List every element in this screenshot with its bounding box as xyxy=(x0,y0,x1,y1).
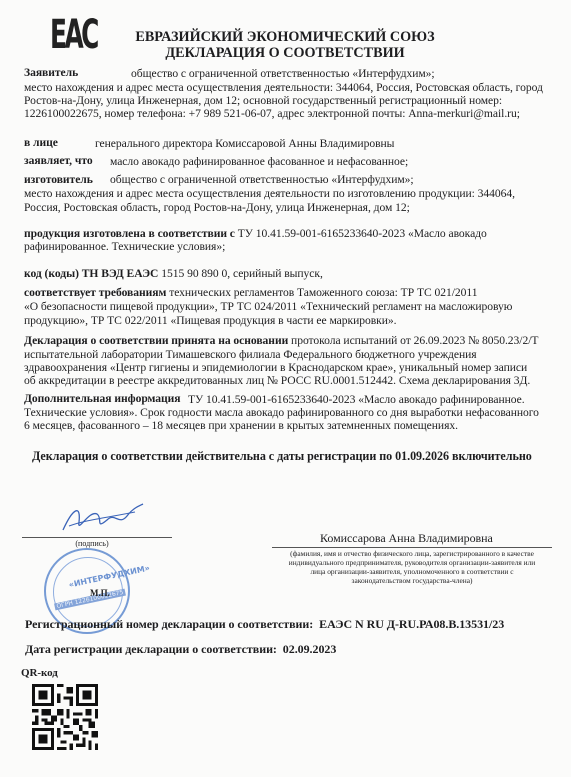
hs-code-row: код (коды) ТН ВЭД ЕАЭС 1515 90 890 0, се… xyxy=(24,267,323,281)
complies-line: «О безопасности пищевой продукции», ТР Т… xyxy=(24,300,512,314)
registration-date-value: 02.09.2023 xyxy=(283,642,337,656)
signer-caption-line: (фамилия, имя и отчество физического лиц… xyxy=(262,549,562,558)
basis-line: об аккредитации в реестре аккредитованны… xyxy=(24,374,530,388)
applicant-line: место нахождения и адрес места осуществл… xyxy=(24,81,543,95)
signer-caption-line: законодательством государства-члена) xyxy=(262,576,562,585)
basis-line: здравоохранения «Центр гигиены и эпидеми… xyxy=(24,361,527,375)
basis-row: Декларация о соответствии принята на осн… xyxy=(24,334,538,348)
represented-by-label: в лице xyxy=(24,136,58,150)
declares-label: заявляет, что xyxy=(24,154,93,168)
applicant-row: Заявитель xyxy=(24,66,78,80)
signer-caption-line: лица организации-заявителя, уполномоченн… xyxy=(262,567,562,576)
complies-row: соответствует требованиям технических ре… xyxy=(24,286,477,300)
manufacturer-line: место нахождения и адрес места осуществл… xyxy=(24,187,515,201)
manufacturer-name: общество с ограниченной ответственностью… xyxy=(110,173,414,187)
declares-value: масло авокадо рафинированное фасованное … xyxy=(110,155,408,169)
hs-code-label: код (коды) ТН ВЭД ЕАЭС xyxy=(24,267,158,280)
produced-per-row: продукция изготовлена в соответствии с Т… xyxy=(24,227,487,241)
signer-name: Комиссарова Анна Владимировна xyxy=(320,531,493,545)
signature-caption: (подпись) xyxy=(62,539,122,548)
manufacturer-label: изготовитель xyxy=(24,173,93,187)
complies-value: технических регламентов Таможенного союз… xyxy=(166,286,477,299)
additional-line: 6 месяцев, фасованного – 18 месяцев при … xyxy=(24,419,458,433)
title-declaration: ДЕКЛАРАЦИЯ О СООТВЕТСТВИИ xyxy=(120,45,450,61)
additional-value: ТУ 10.41.59-001-6165233640-2023 «Масло а… xyxy=(188,393,525,407)
produced-per-value: ТУ 10.41.59-001-6165233640-2023 «Масло а… xyxy=(235,227,487,240)
registration-date-label: Дата регистрации декларации о соответств… xyxy=(25,642,277,656)
complies-line: продукцию», ТР ТС 022/2011 «Пищевая прод… xyxy=(24,314,397,328)
produced-per-line: рафинированное. Технические условия»; xyxy=(24,240,225,254)
validity-statement: Декларация о соответствии действительна … xyxy=(32,449,532,463)
title-union: ЕВРАЗИЙСКИЙ ЭКОНОМИЧЕСКИЙ СОЮЗ xyxy=(120,29,450,45)
eac-logo-text: ЕАС xyxy=(50,18,97,52)
signer-name-line xyxy=(272,547,552,548)
hs-code-value: 1515 90 890 0, серийный выпуск, xyxy=(158,267,322,280)
qr-label: QR-код xyxy=(21,666,58,680)
declaration-document: ЕАС ЕВРАЗИЙСКИЙ ЭКОНОМИЧЕСКИЙ СОЮЗ ДЕКЛА… xyxy=(0,0,571,777)
basis-line: испытательной лаборатории Тимашевского ф… xyxy=(24,348,477,362)
complies-label: соответствует требованиям xyxy=(24,286,166,299)
registration-number-row: Регистрационный номер декларации о соотв… xyxy=(25,617,504,631)
applicant-line: Ростов-на-Дону, улица Инженерная, дом 12… xyxy=(24,94,502,108)
represented-by-value: генерального директора Комиссаровой Анны… xyxy=(95,137,394,151)
qr-code[interactable] xyxy=(32,684,98,750)
stamp-place-caption: М.П. xyxy=(90,586,110,600)
applicant-name: общество с ограниченной ответственностью… xyxy=(131,67,435,81)
signer-caption-line: индивидуального предпринимателя, руковод… xyxy=(262,558,562,567)
manufacturer-line: Россия, Ростовская область, город Ростов… xyxy=(24,201,410,215)
applicant-label: Заявитель xyxy=(24,66,78,79)
produced-per-label: продукция изготовлена в соответствии с xyxy=(24,227,235,240)
registration-number-label: Регистрационный номер декларации о соотв… xyxy=(25,617,313,631)
basis-label: Декларация о соответствии принята на осн… xyxy=(24,334,288,347)
registration-date-row: Дата регистрации декларации о соответств… xyxy=(25,642,336,656)
signature-scribble xyxy=(55,500,145,540)
additional-label: Дополнительная информация xyxy=(24,392,181,406)
basis-value: протокола испытаний от 26.09.2023 № 8050… xyxy=(288,334,538,347)
signature-line xyxy=(22,537,172,538)
applicant-line: 1226100022675, номер телефона: +7 989 52… xyxy=(24,107,520,121)
registration-number-value: ЕАЭС N RU Д-RU.РА08.В.13531/23 xyxy=(319,617,504,631)
eac-logo: ЕАС xyxy=(50,18,94,52)
additional-line: Технические условия». Срок годности масл… xyxy=(24,406,539,420)
